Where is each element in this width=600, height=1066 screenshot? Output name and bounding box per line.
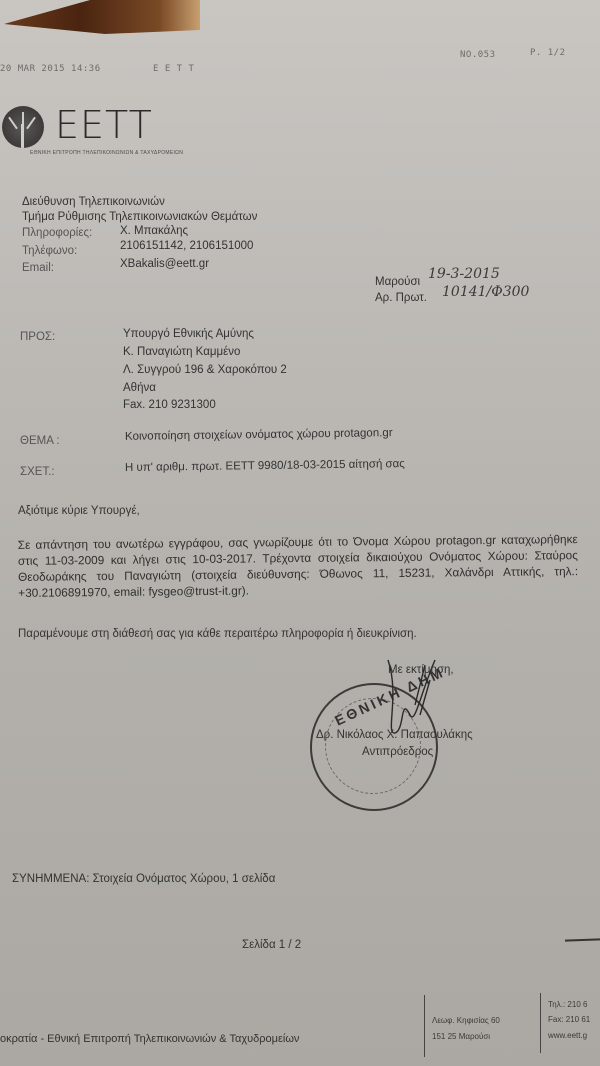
pen-mark [565,938,600,941]
contact-value: Χ. Μπακάλης [120,225,188,237]
closing-paragraph: Παραμένουμε στη διάθεσή σας για κάθε περ… [18,628,417,640]
fax-timestamp: 20 MAR 2015 14:36 [0,64,101,74]
signatory-name: Δρ. Νικόλαος Χ. Παπαουλάκης [316,729,473,741]
recipient-line: Αθήνα [123,382,156,394]
signatory-title: Αντιπρόεδρος [362,746,433,758]
closing-remark: Με εκτίμηση, [388,664,454,676]
footer-org: οκρατία - Εθνική Επιτροπή Τηλεπικοινωνιώ… [0,1033,299,1045]
fax-number: NO.053 [460,50,496,60]
body-paragraph: Σε απάντηση του ανωτέρω εγγράφου, σας γν… [18,531,579,601]
place-label: Μαρούσι [375,276,420,288]
salutation: Αξιότιμε κύριε Υπουργέ, [18,505,140,517]
footer-address-2: 151 25 Μαρούσι [432,1032,490,1041]
recipient-label: ΠΡΟΣ: [20,331,55,343]
wooden-surface-corner [0,0,200,34]
recipient-line: Υπουργό Εθνικής Αμύνης [123,328,254,340]
footer-divider [424,995,425,1057]
recipient-line: Λ. Συγγρού 196 & Χαροκόπου 2 [123,364,287,376]
fax-sender: E E T T [153,64,194,74]
logo-text: EETT [55,103,153,147]
logo-subtitle: ΕΘΝΙΚΗ ΕΠΙΤΡΟΠΗ ΤΗΛΕΠΙΚΟΙΝΩΝΙΩΝ & ΤΑΧΥΔΡ… [30,150,183,156]
related-label: ΣΧΕΤ.: [20,466,55,478]
footer-address-1: Λεωφ. Κηφισίας 60 [432,1016,500,1025]
section: Τμήμα Ρύθμισης Τηλεπικοινωνιακών Θεμάτων [22,211,257,223]
email-value: XBakalis@eett.gr [120,258,209,270]
footer-fax: Fax: 210 61 [548,1015,590,1024]
footer-divider [540,993,541,1053]
subject-label: ΘΕΜΑ : [20,435,60,447]
email-label: Email: [22,262,54,274]
protocol-label: Αρ. Πρωτ. [375,292,427,304]
eett-tree-logo-icon [2,106,44,148]
footer-tel: Τηλ.: 210 6 [548,1000,587,1009]
fax-page: P. 1/2 [530,48,566,58]
page-number: Σελίδα 1 / 2 [242,939,301,951]
recipient-line: Fax. 210 9231300 [123,399,216,411]
handwritten-date: 19-3-2015 [428,266,500,282]
phone-value: 2106151142, 2106151000 [120,240,253,252]
department: Διεύθυνση Τηλεπικοινωνιών [22,196,165,208]
footer-web: www.eett.g [548,1031,587,1040]
related-value: Η υπ' αριθμ. πρωτ. ΕΕΤΤ 9980/18-03-2015 … [125,458,405,474]
contact-label: Πληροφορίες: [22,227,92,239]
recipient-line: Κ. Παναγιώτη Καμμένο [123,346,240,358]
attachments: ΣΥΝΗΜΜΕΝΑ: Στοιχεία Ονόματος Χώρου, 1 σε… [12,873,275,885]
handwritten-protocol: 10141/Φ300 [442,284,529,300]
subject-value: Κοινοποίηση στοιχείων ονόματος χώρου pro… [125,427,393,443]
phone-label: Τηλέφωνο: [22,245,77,257]
